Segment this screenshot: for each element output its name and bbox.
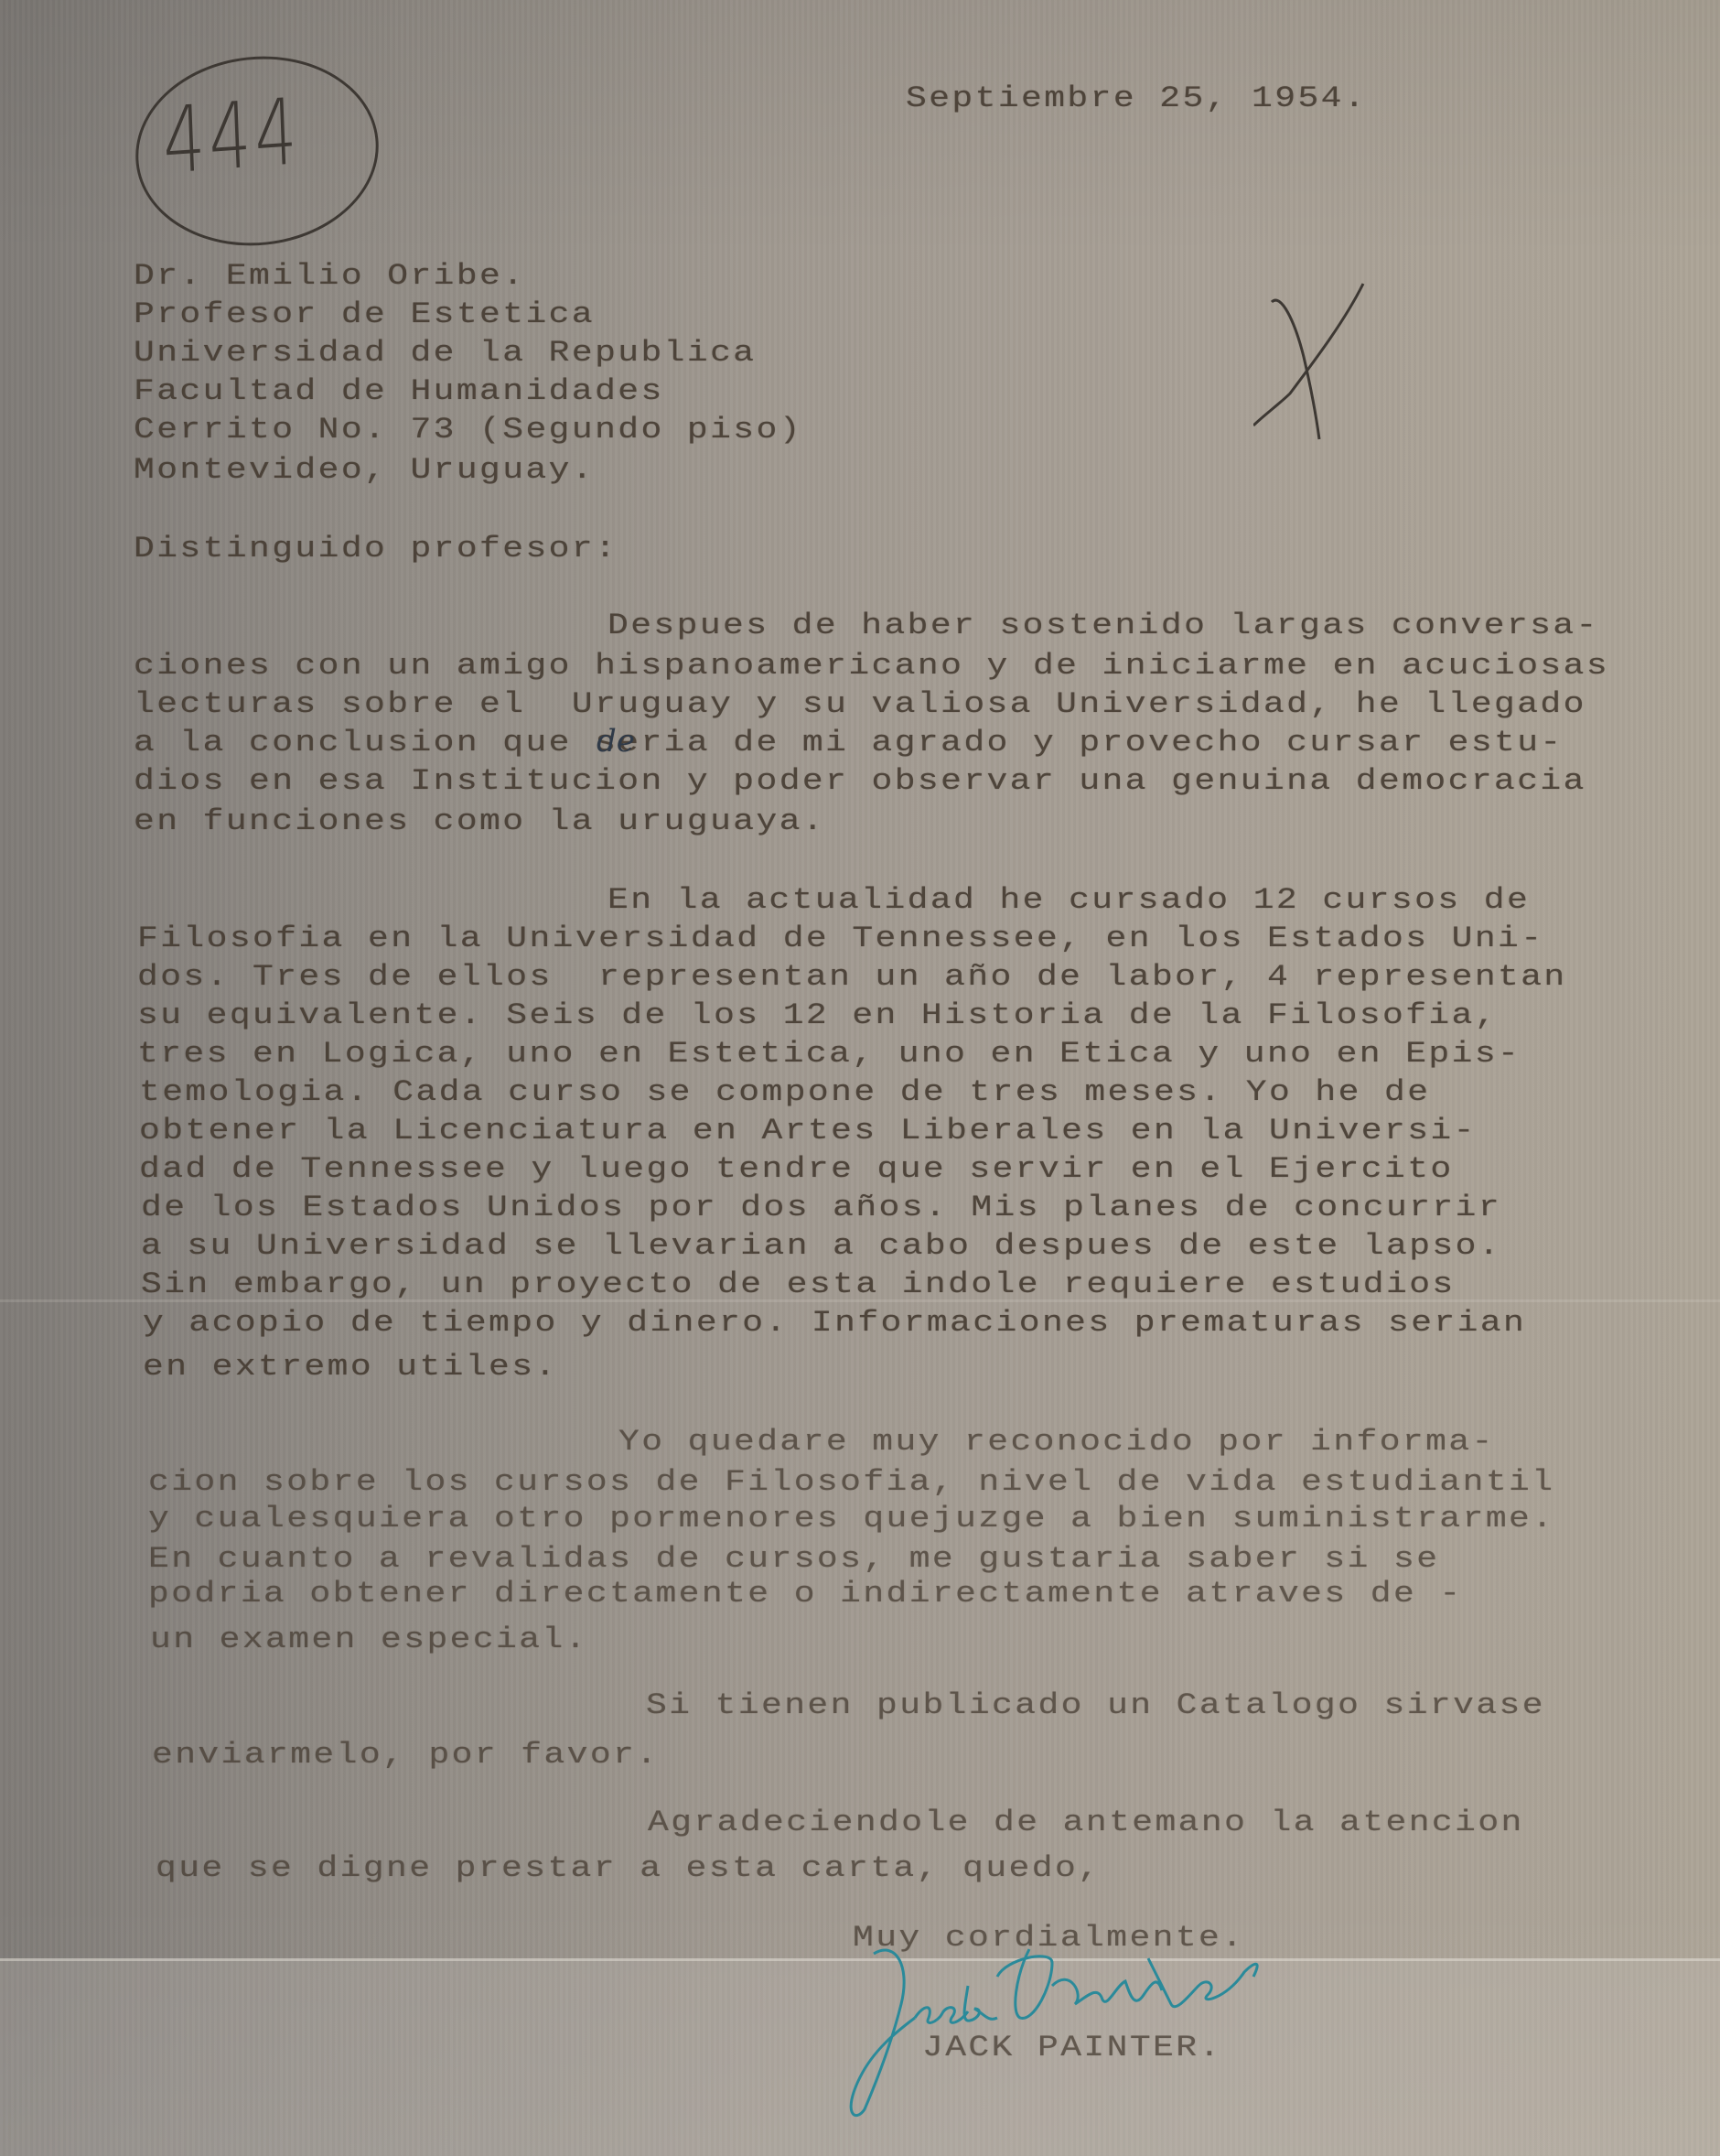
paragraph-3-line: En cuanto a revalidas de cursos, me gust… bbox=[148, 1545, 1439, 1574]
paragraph-3-line: Yo quedare muy reconocido por informa- bbox=[618, 1428, 1495, 1457]
handwritten-insertion: de bbox=[597, 723, 635, 760]
paragraph-2-line: dos. Tres de ellos representan un año de… bbox=[137, 963, 1567, 992]
address-line: Facultad de Humanidades bbox=[134, 377, 664, 406]
paragraph-2-line: y acopio de tiempo y dinero. Informacion… bbox=[143, 1309, 1526, 1338]
address-line: Dr. Emilio Oribe. bbox=[134, 262, 525, 291]
paragraph-1-line: en funciones como la uruguaya. bbox=[134, 807, 825, 836]
paragraph-1-line: Despues de haber sostenido largas conver… bbox=[607, 611, 1599, 641]
paragraph-2-line: obtener la Licenciatura en Artes Liberal… bbox=[139, 1116, 1477, 1146]
paragraph-5-line: que se digne prestar a esta carta, quedo… bbox=[156, 1854, 1101, 1883]
letter-date: Septiembre 25, 1954. bbox=[906, 84, 1367, 113]
paragraph-2-line: Sin embargo, un proyecto de esta indole … bbox=[141, 1270, 1456, 1299]
paragraph-2-line: Filosofia en la Universidad de Tennessee… bbox=[137, 924, 1543, 954]
paragraph-5-line: Agradeciendole de antemano la atencion bbox=[648, 1808, 1524, 1838]
paragraph-3-line: y cualesquiera otro pormenores quejuzge … bbox=[148, 1504, 1554, 1534]
paragraph-2-line: su equivalente. Seis de los 12 en Histor… bbox=[137, 1001, 1498, 1030]
paragraph-2-line: dad de Tennessee y luego tendre que serv… bbox=[139, 1155, 1454, 1184]
paragraph-3-line: cion sobre los cursos de Filosofia, nive… bbox=[148, 1468, 1554, 1497]
paragraph-1-line: a la conclusion que seria de mi agrado y… bbox=[134, 728, 1564, 758]
paragraph-2-line: de los Estados Unidos por dos años. Mis … bbox=[141, 1193, 1501, 1223]
paragraph-3-line: un examen especial. bbox=[150, 1625, 588, 1655]
handwritten-signature: Jack Painter bbox=[823, 1931, 1336, 2123]
paragraph-2-line: En la actualidad he cursado 12 cursos de bbox=[607, 886, 1530, 915]
pencil-x-mark-icon bbox=[1253, 265, 1381, 448]
paragraph-4-line: enviarmelo, por favor. bbox=[152, 1741, 659, 1770]
paragraph-3-line: podria obtener directamente o indirectam… bbox=[148, 1579, 1463, 1609]
paragraph-2-line: tres en Logica, uno en Estetica, uno en … bbox=[137, 1040, 1521, 1069]
paragraph-2-line: a su Universidad se llevarian a cabo des… bbox=[141, 1232, 1501, 1261]
file-number: 444 bbox=[161, 78, 303, 195]
address-line: Profesor de Estetica bbox=[134, 300, 595, 329]
paragraph-4-line: Si tienen publicado un Catalogo sirvase bbox=[646, 1691, 1545, 1720]
paragraph-1-line: ciones con un amigo hispanoamericano y d… bbox=[134, 652, 1609, 681]
typed-signature-name: JACK PAINTER. bbox=[922, 2033, 1222, 2063]
address-line: Cerrito No. 73 (Segundo piso) bbox=[134, 415, 802, 445]
paragraph-1-line: lecturas sobre el Uruguay y su valiosa U… bbox=[134, 690, 1586, 719]
paragraph-2-line: en extremo utiles. bbox=[143, 1353, 558, 1382]
salutation: Distinguido profesor: bbox=[134, 534, 618, 564]
paragraph-2-line: temologia. Cada curso se compone de tres… bbox=[139, 1078, 1430, 1107]
paragraph-1-line: dios en esa Institucion y poder observar… bbox=[134, 767, 1586, 796]
address-line: Montevideo, Uruguay. bbox=[134, 456, 595, 485]
address-line: Universidad de la Republica bbox=[134, 339, 757, 368]
